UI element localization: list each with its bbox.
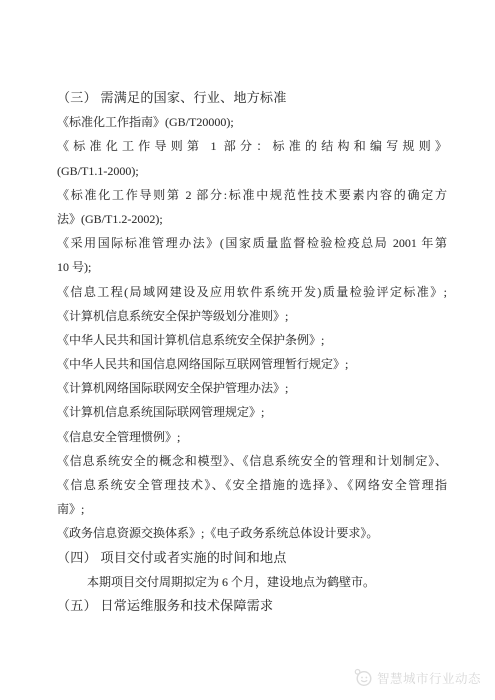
text-line: 本期项目交付周期拟定为 6 个月，建设地点为鹤壁市。 (57, 570, 447, 594)
text-line: 南》; (57, 497, 447, 521)
text-line: 《信息系统安全管理技术》、《安全措施的选择》、《网络安全管理指 (57, 473, 447, 497)
text-line: 《政务信息资源交换体系》;《电子政务系统总体设计要求》。 (57, 521, 447, 545)
text-line: 《中华人民共和国计算机信息系统安全保护条例》; (57, 328, 447, 352)
text-line: 《信息工程(局域网建设及应用软件系统开发)质量检验评定标准》; (57, 280, 447, 304)
text-line: 《计算机信息系统国际联网管理规定》; (57, 400, 447, 424)
document-text: （三） 需满足的国家、行业、地方标准《标准化工作指南》(GB/T20000);《… (57, 86, 447, 618)
section-heading: （五） 日常运维服务和技术保障需求 (57, 594, 447, 618)
text-line: 《中华人民共和国信息网络国际互联网管理暂行规定》; (57, 352, 447, 376)
section-heading: （三） 需满足的国家、行业、地方标准 (57, 86, 447, 110)
text-line: 《计算机信息系统安全保护等级划分准则》; (57, 304, 447, 328)
text-line: 《标准化工作导则第 2 部分:标准中规范性技术要素内容的确定方 (57, 183, 447, 207)
text-line: 《信息安全管理惯例》; (57, 425, 447, 449)
text-line: 法》(GB/T1.2-2002); (57, 207, 447, 231)
text-line: 《标准化工作指南》(GB/T20000); (57, 110, 447, 134)
mascot-face-icon (354, 668, 373, 687)
text-line: 《计算机网络国际联网安全保护管理办法》; (57, 376, 447, 400)
text-line: 10 号); (57, 255, 447, 279)
document-page: （三） 需满足的国家、行业、地方标准《标准化工作指南》(GB/T20000);《… (0, 0, 495, 700)
text-line: 《标准化工作导则第 1 部分：标准的结构和编写规则》 (57, 134, 447, 158)
watermark: 智慧城市行业动态 (354, 668, 481, 687)
text-line: (GB/T1.1-2000); (57, 159, 447, 183)
text-line: 《信息系统安全的概念和模型》、《信息系统安全的管理和计划制定》、 (57, 449, 447, 473)
text-line: 《采用国际标准管理办法》(国家质量监督检验检疫总局 2001 年第 (57, 231, 447, 255)
section-heading: （四） 项目交付或者实施的时间和地点 (57, 546, 447, 570)
watermark-label: 智慧城市行业动态 (377, 669, 481, 687)
